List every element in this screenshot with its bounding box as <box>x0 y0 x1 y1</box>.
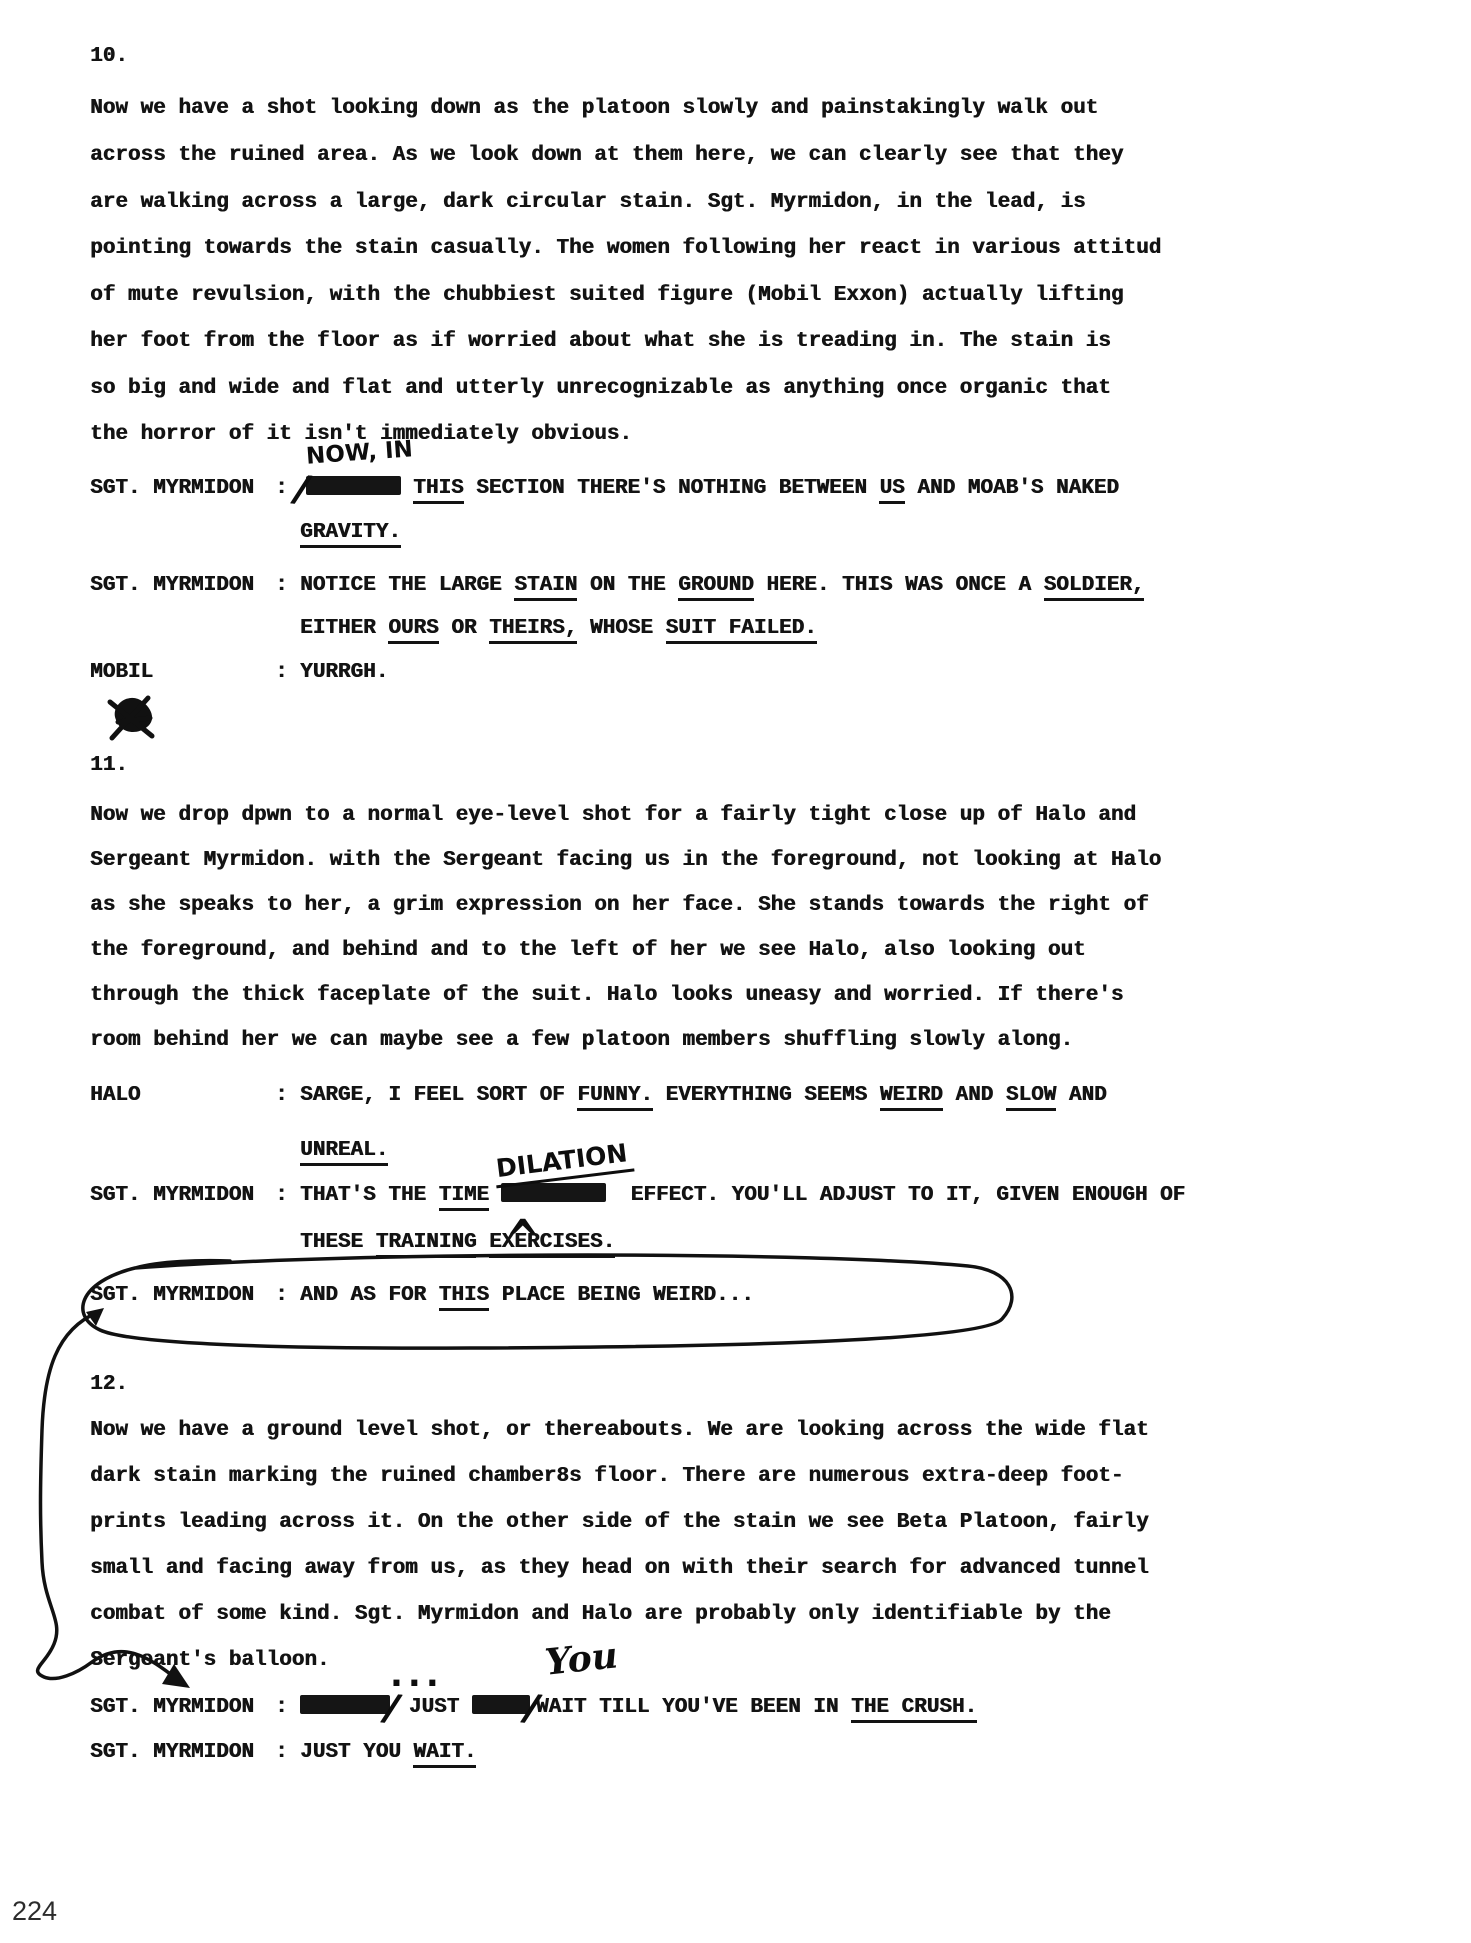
dialogue-line: EITHER OURS OR THEIRS, WHOSE SUIT FAILED… <box>300 614 817 644</box>
script-line: room behind her we can maybe see a few p… <box>90 1026 1073 1056</box>
dialogue-text: OURS <box>388 617 438 644</box>
script-line: through the thick faceplate of the suit.… <box>90 981 1123 1011</box>
dialogue-text: AND AS FOR <box>300 1284 439 1307</box>
dialogue-row: MOBIL:YURRGH. <box>90 658 388 688</box>
dialogue-text: THAT'S THE <box>300 1184 439 1207</box>
dialogue-row-circled: SGT. MYRMIDON:AND AS FOR THIS PLACE BEIN… <box>90 1281 754 1311</box>
dialogue-colon: : <box>275 1738 300 1768</box>
script-line: of mute revulsion, with the chubbiest su… <box>90 281 1123 311</box>
dialogue-text: EITHER <box>300 617 388 640</box>
handwritten-caret-mark: ^ <box>506 1210 540 1272</box>
scribble-mark <box>110 698 152 738</box>
script-line: are walking across a large, dark circula… <box>90 188 1086 218</box>
margin-curve-arrow <box>38 1308 190 1688</box>
script-line: her foot from the floor as if worried ab… <box>90 327 1111 357</box>
dialogue-text: AND MOAB'S NAKED <box>905 477 1119 500</box>
dialogue-text: HERE. THIS WAS ONCE A <box>754 574 1044 597</box>
dialogue-row: HALO:SARGE, I FEEL SORT OF FUNNY. EVERYT… <box>90 1081 1107 1111</box>
handwritten-slash: / <box>384 1698 399 1719</box>
redacted-text <box>306 476 401 495</box>
dialogue-text: WAIT. <box>413 1741 476 1768</box>
dialogue-colon: : <box>275 1281 300 1311</box>
script-line: so big and wide and flat and utterly unr… <box>90 374 1111 404</box>
dialogue-text: EVERYTHING SEEMS <box>653 1084 880 1107</box>
dialogue-colon: : <box>275 658 300 688</box>
dialogue-row: SGT. MYRMIDON:JUST YOU WAIT. <box>90 1738 476 1768</box>
script-line: Now we have a shot looking down as the p… <box>90 94 1098 124</box>
section-heading-12: 12. <box>90 1370 128 1400</box>
speaker-label: SGT. MYRMIDON <box>90 1181 275 1211</box>
script-page: { "page_number": "224", "handwriting": {… <box>0 0 1471 1943</box>
dialogue-text: SECTION THERE'S NOTHING BETWEEN <box>464 477 880 500</box>
dialogue-text: WEIRD <box>880 1084 943 1111</box>
dialogue-row: SGT. MYRMIDON:NOTICE THE LARGE STAIN ON … <box>90 571 1144 601</box>
speaker-label: SGT. MYRMIDON <box>90 1281 275 1311</box>
redacted-text <box>472 1695 530 1714</box>
dialogue-text: SARGE, I FEEL SORT OF <box>300 1084 577 1107</box>
dialogue-text: JUST <box>396 1696 472 1719</box>
dialogue-text: THEIRS, <box>489 617 577 644</box>
section-heading-10: 10. <box>90 42 128 72</box>
dialogue-colon: : <box>275 1081 300 1111</box>
speaker-label: MOBIL <box>90 658 275 688</box>
dialogue-text: THESE <box>300 1231 376 1254</box>
dialogue-text: STAIN <box>514 574 577 601</box>
redacted-text <box>300 1695 390 1714</box>
handwritten-note-you: You <box>543 1634 620 1683</box>
script-line: Sergeant's balloon. <box>90 1646 329 1676</box>
handwritten-ellipsis: ... <box>390 1655 444 1695</box>
speaker-label: SGT. MYRMIDON <box>90 1693 275 1723</box>
script-line: Now we drop dpwn to a normal eye-level s… <box>90 801 1136 831</box>
dialogue-text: GROUND <box>678 574 754 601</box>
dialogue-text: UNREAL. <box>300 1139 388 1166</box>
dialogue-line: THESE TRAINING EXERCISES. <box>300 1228 615 1258</box>
dialogue-colon: : <box>275 1181 300 1211</box>
script-line: Now we have a ground level shot, or ther… <box>90 1416 1149 1446</box>
dialogue-text: SOLDIER, <box>1044 574 1145 601</box>
dialogue-text: FUNNY. <box>577 1084 653 1111</box>
dialogue-text: WAIT TILL YOU'VE BEEN IN <box>536 1696 851 1719</box>
script-line: combat of some kind. Sgt. Myrmidon and H… <box>90 1600 1111 1630</box>
dialogue-text: WHOSE <box>577 617 665 640</box>
speaker-label: SGT. MYRMIDON <box>90 474 275 504</box>
dialogue-text: JUST YOU <box>300 1741 413 1764</box>
script-line: as she speaks to her, a grim expression … <box>90 891 1149 921</box>
dialogue-text: ON THE <box>577 574 678 597</box>
dialogue-text: AND <box>1056 1084 1106 1107</box>
dialogue-text: SUIT FAILED. <box>666 617 817 644</box>
dialogue-text: NOTICE THE LARGE <box>300 574 514 597</box>
script-line: pointing towards the stain casually. The… <box>90 234 1161 264</box>
handwritten-slash: / <box>294 479 309 500</box>
script-line: across the ruined area. As we look down … <box>90 141 1123 171</box>
dialogue-text: AND <box>943 1084 1006 1107</box>
speaker-label: SGT. MYRMIDON <box>90 1738 275 1768</box>
dialogue-text: US <box>879 477 904 504</box>
script-line: small and facing away from us, as they h… <box>90 1554 1149 1584</box>
handwritten-slash: / <box>524 1698 539 1719</box>
speaker-label: HALO <box>90 1081 275 1111</box>
speaker-label: SGT. MYRMIDON <box>90 571 275 601</box>
dialogue-text: PLACE BEING WEIRD... <box>489 1284 754 1307</box>
dialogue-text: THIS <box>439 1284 489 1311</box>
dialogue-text: EFFECT. YOU'LL ADJUST TO IT, GIVEN ENOUG… <box>618 1184 1185 1207</box>
dialogue-text: GRAVITY. <box>300 521 401 548</box>
dialogue-row: SGT. MYRMIDON:/THIS SECTION THERE'S NOTH… <box>90 474 1119 504</box>
dialogue-text: THIS <box>413 477 463 504</box>
dialogue-row: SGT. MYRMIDON:/ JUST /WAIT TILL YOU'VE B… <box>90 1693 977 1723</box>
script-line: Sergeant Myrmidon. with the Sergeant fac… <box>90 846 1161 876</box>
script-line: prints leading across it. On the other s… <box>90 1508 1149 1538</box>
dialogue-text: TIME <box>439 1184 489 1211</box>
dialogue-row: SGT. MYRMIDON:THAT'S THE TIME EFFECT. YO… <box>90 1181 1185 1211</box>
dialogue-line: GRAVITY. <box>300 518 401 548</box>
page-number: 224 <box>12 1896 57 1927</box>
dialogue-colon: : <box>275 571 300 601</box>
dialogue-line: UNREAL. <box>300 1136 388 1166</box>
dialogue-text: SLOW <box>1006 1084 1056 1111</box>
dialogue-text: YURRGH. <box>300 661 388 684</box>
dialogue-text <box>476 1231 489 1254</box>
dialogue-text: TRAINING <box>376 1231 477 1258</box>
section-heading-11: 11. <box>90 751 128 781</box>
script-line: dark stain marking the ruined chamber8s … <box>90 1462 1123 1492</box>
script-line: the foreground, and behind and to the le… <box>90 936 1086 966</box>
dialogue-text: OR <box>439 617 489 640</box>
dialogue-text: THE CRUSH. <box>851 1696 977 1723</box>
dialogue-colon: : <box>275 1693 300 1723</box>
